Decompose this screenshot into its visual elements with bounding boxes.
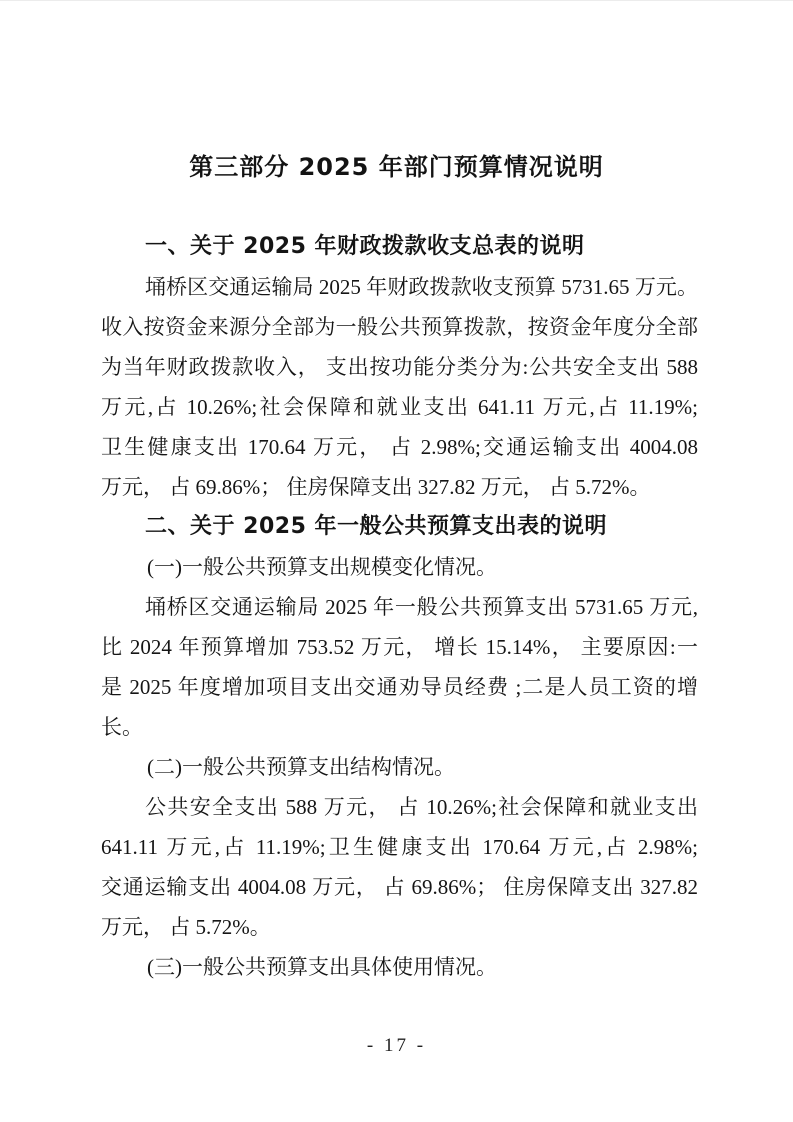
document-title: 第三部分 2025 年部门预算情况说明	[0, 144, 793, 190]
section-heading: 一、关于 2025 年财政拨款收支总表的说明	[101, 227, 698, 267]
document-body: 一、关于 2025 年财政拨款收支总表的说明埇桥区交通运输局 2025 年财政拨…	[101, 227, 698, 987]
paragraph-line: 为当年财政拨款收入， 支出按功能分类分为:公共安全支出 588	[101, 347, 698, 387]
paragraph-line: 埇桥区交通运输局 2025 年财政拨款收支预算 5731.65 万元。	[101, 267, 698, 307]
page-number: - 17 -	[0, 1031, 793, 1061]
paragraph-line: 641.11 万元,占 11.19%;卫生健康支出 170.64 万元,占 2.…	[101, 827, 698, 867]
paragraph-line: 交通运输支出 4004.08 万元， 占 69.86%； 住房保障支出 327.…	[101, 867, 698, 907]
paragraph-line: 长。	[101, 707, 698, 747]
paragraph-line: 万元， 占 5.72%。	[101, 907, 698, 947]
sub-heading: (一)一般公共预算支出规模变化情况。	[101, 547, 698, 587]
section-heading: 二、关于 2025 年一般公共预算支出表的说明	[101, 507, 698, 547]
sub-heading: (二)一般公共预算支出结构情况。	[101, 747, 698, 787]
paragraph-line: 万元， 占 69.86%； 住房保障支出 327.82 万元， 占 5.72%。	[101, 467, 698, 507]
paragraph-line: 卫生健康支出 170.64 万元， 占 2.98%;交通运输支出 4004.08	[101, 427, 698, 467]
paragraph-line: 比 2024 年预算增加 753.52 万元， 增长 15.14%， 主要原因:…	[101, 627, 698, 667]
paragraph-line: 收入按资金来源分全部为一般公共预算拨款，按资金年度分全部	[101, 307, 698, 347]
paragraph-line: 公共安全支出 588 万元， 占 10.26%;社会保障和就业支出	[101, 787, 698, 827]
sub-heading: (三)一般公共预算支出具体使用情况。	[101, 947, 698, 987]
paragraph-line: 万元,占 10.26%;社会保障和就业支出 641.11 万元,占 11.19%…	[101, 387, 698, 427]
paragraph-line: 是 2025 年度增加项目支出交通劝导员经费 ;二是人员工资的增	[101, 667, 698, 707]
paragraph-line: 埇桥区交通运输局 2025 年一般公共预算支出 5731.65 万元,	[101, 587, 698, 627]
document-page: 第三部分 2025 年部门预算情况说明 一、关于 2025 年财政拨款收支总表的…	[0, 0, 793, 1122]
